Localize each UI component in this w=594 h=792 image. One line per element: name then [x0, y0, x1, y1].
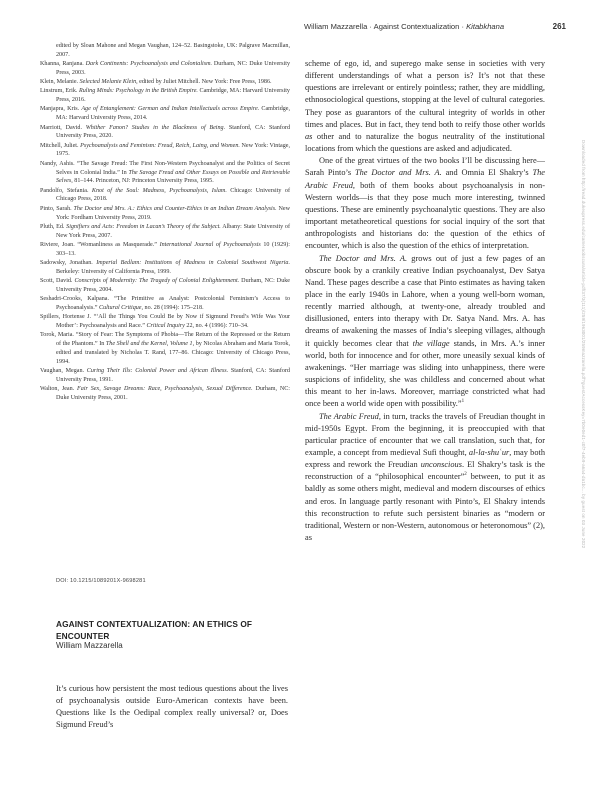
references-list: edited by Sloan Mahone and Megan Vaughan… [40, 42, 290, 403]
running-head: William Mazzarella · Against Contextuali… [304, 22, 574, 34]
article-title: AGAINST CONTEXTUALIZATION: AN ETHICS OF … [56, 618, 296, 642]
paragraph-1: scheme of ego, id, and superego make sen… [305, 58, 545, 155]
reference-entry: Manjapra, Kris. Age of Entanglement: Ger… [40, 105, 290, 123]
reference-entry: Khanna, Ranjana. Dark Continents: Psycho… [40, 60, 290, 78]
reference-entry: edited by Sloan Mahone and Megan Vaughan… [40, 42, 290, 60]
reference-entry: Linstrum, Erik. Ruling Minds: Psychology… [40, 87, 290, 105]
paragraph-4: The Arabic Freud, in turn, tracks the tr… [305, 411, 545, 545]
article-author: William Mazzarella [56, 641, 123, 650]
reference-entry: Vaughan, Megan. Curing Their Ills: Colon… [40, 367, 290, 385]
right-column-body: scheme of ego, id, and superego make sen… [305, 58, 545, 544]
reference-entry: Seshadri-Crooks, Kalpana. “The Primitive… [40, 295, 290, 313]
document-page: William Mazzarella · Against Contextuali… [0, 0, 594, 792]
reference-entry: Spillers, Hortense J. “‘All the Things Y… [40, 313, 290, 331]
paragraph-2: One of the great virtues of the two book… [305, 155, 545, 252]
download-watermark: Downloaded from http://read.dukeupress.e… [581, 140, 586, 548]
page-number: 261 [553, 22, 566, 31]
article-opening-paragraph: It’s curious how persistent the most ted… [56, 683, 288, 731]
reference-entry: Marriott, David. Whither Fanon? Studies … [40, 124, 290, 142]
reference-entry: Sadowsky, Jonathan. Imperial Bedlam: Ins… [40, 259, 290, 277]
reference-entry: Scott, David. Conscripts of Modernity: T… [40, 277, 290, 295]
reference-entry: Klein, Melanie. Selected Melanie Klein, … [40, 78, 290, 87]
reference-entry: Pandolfo, Stefania. Knot of the Soul: Ma… [40, 187, 290, 205]
paragraph-3: The Doctor and Mrs. A. grows out of just… [305, 253, 545, 411]
reference-entry: Riviere, Joan. “Womanliness as Masquerad… [40, 241, 290, 259]
reference-entry: Pluth, Ed. Signifiers and Acts: Freedom … [40, 223, 290, 241]
footnote-marker[interactable]: 1 [462, 400, 465, 405]
reference-entry: Walton, Jean. Fair Sex, Savage Dreams: R… [40, 385, 290, 403]
reference-entry: Mitchell, Juliet. Psychoanalysis and Fem… [40, 142, 290, 160]
reference-entry: Torok, Maria. “Story of Fear: The Sympto… [40, 331, 290, 366]
running-head-author: William Mazzarella [304, 22, 367, 31]
reference-entry: Pinto, Sarah. The Doctor and Mrs. A.: Et… [40, 205, 290, 223]
reference-entry: Nandy, Ashis. “The Savage Freud: The Fir… [40, 160, 290, 187]
running-head-journal: Kitabkhana [466, 22, 504, 31]
doi-line: DOI: 10.1215/1089201X-9698281 [56, 578, 146, 584]
running-head-title: Against Contextualization [374, 22, 460, 31]
